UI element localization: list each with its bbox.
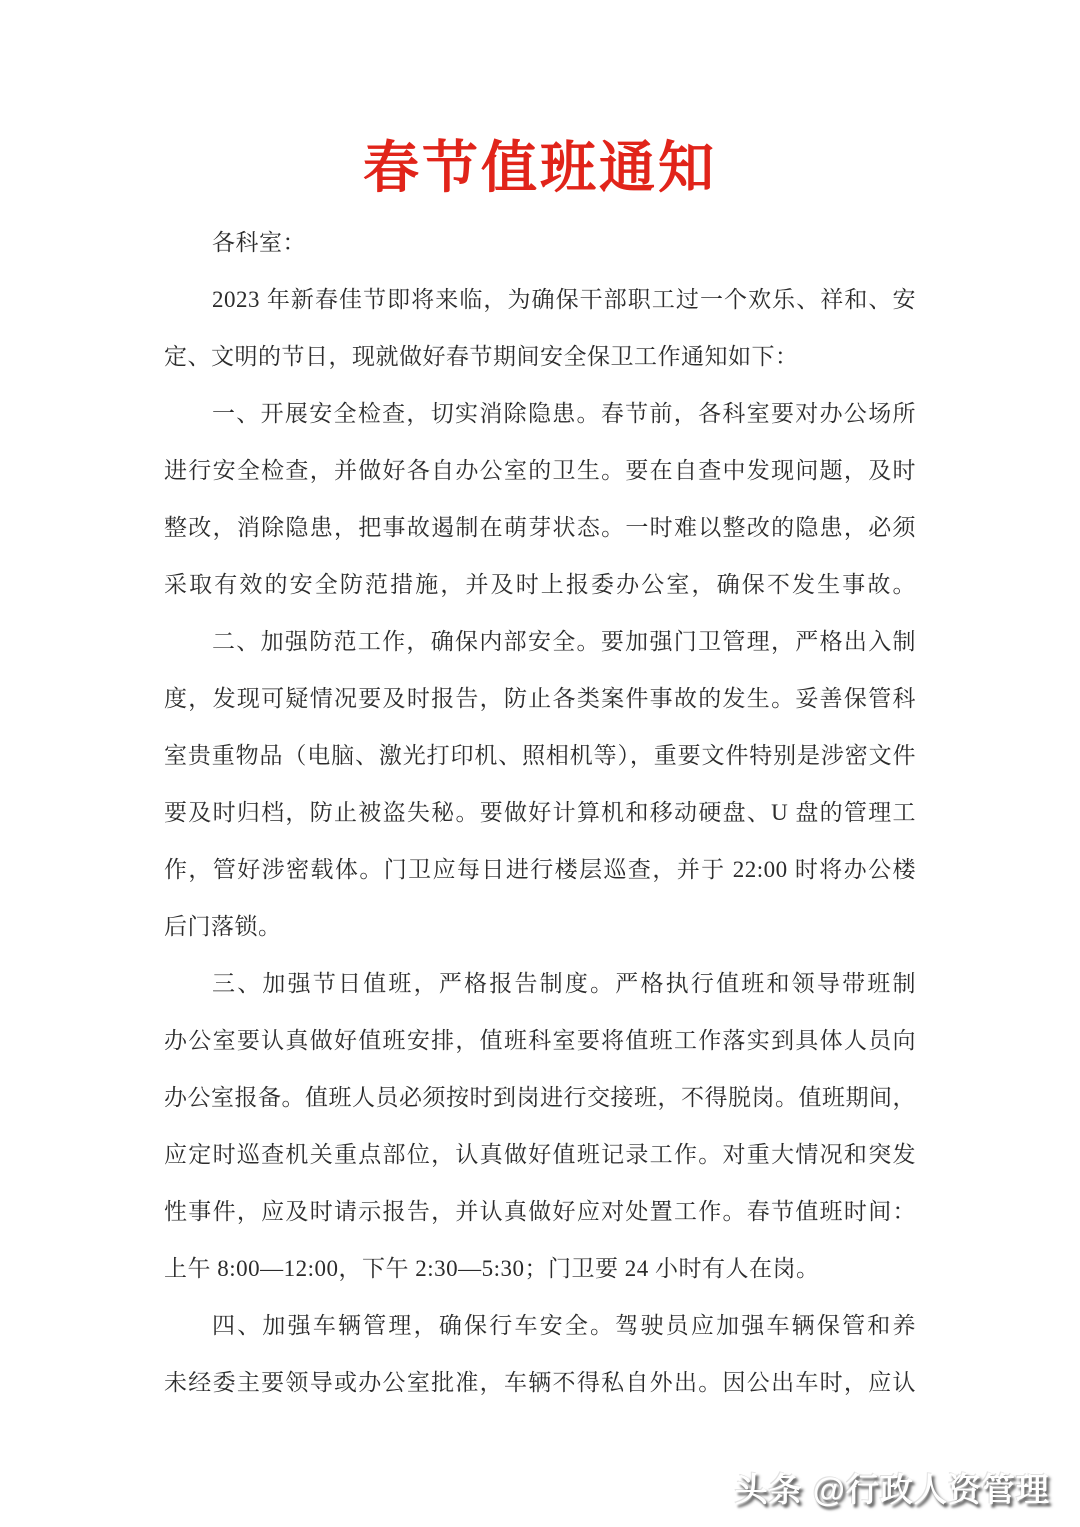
body-line: 要及时归档，防止被盗失秘。要做好计算机和移动硬盘、U 盘的管理工: [164, 784, 916, 841]
body-line: 整改，消除隐患，把事故遏制在萌芽状态。一时难以整改的隐患，必须: [164, 499, 916, 556]
body-line-salutation: 各科室：: [164, 214, 916, 271]
body-line: 性事件，应及时请示报告，并认真做好应对处置工作。春节值班时间：: [164, 1183, 916, 1240]
body-line: 室贵重物品（电脑、激光打印机、照相机等），重要文件特别是涉密文件: [164, 727, 916, 784]
body-line: 作，管好涉密载体。门卫应每日进行楼层巡查，并于 22:00 时将办公楼: [164, 841, 916, 898]
body-line: 四、加强车辆管理，确保行车安全。驾驶员应加强车辆保管和养护，: [164, 1297, 916, 1354]
document-title: 春节值班通知: [0, 136, 1080, 200]
body-line: 2023 年新春佳节即将来临，为确保干部职工过一个欢乐、祥和、安: [164, 271, 916, 328]
body-line: 应定时巡查机关重点部位，认真做好值班记录工作。对重大情况和突发: [164, 1126, 916, 1183]
body-line: 定、文明的节日，现就做好春节期间安全保卫工作通知如下：: [164, 328, 916, 385]
body-line: 二、加强防范工作，确保内部安全。要加强门卫管理，严格出入制: [164, 613, 916, 670]
watermark: 头条 @行政人资管理: [735, 1464, 1050, 1511]
body-line: 上午 8:00—12:00，下午 2:30—5:30；门卫要 24 小时有人在岗…: [164, 1240, 916, 1297]
body-line: 进行安全检查，并做好各自办公室的卫生。要在自查中发现问题，及时: [164, 442, 916, 499]
document-page: 春节值班通知 各科室： 2023 年新春佳节即将来临，为确保干部职工过一个欢乐、…: [0, 0, 1080, 1527]
body-line: 后门落锁。: [164, 898, 916, 955]
body-line: 办公室报备。值班人员必须按时到岗进行交接班，不得脱岗。值班期间，: [164, 1069, 916, 1126]
body-line: 一、开展安全检查，切实消除隐患。春节前，各科室要对办公场所: [164, 385, 916, 442]
document-body: 各科室： 2023 年新春佳节即将来临，为确保干部职工过一个欢乐、祥和、安 定、…: [164, 214, 916, 1411]
body-line: 采取有效的安全防范措施，并及时上报委办公室，确保不发生事故。: [164, 556, 916, 613]
body-line: 三、加强节日值班，严格报告制度。严格执行值班和领导带班制度。: [164, 955, 916, 1012]
body-line: 未经委主要领导或办公室批准，车辆不得私自外出。因公出车时，应认: [164, 1354, 916, 1411]
body-line: 办公室要认真做好值班安排，值班科室要将值班工作落实到具体人员向: [164, 1012, 916, 1069]
body-line: 度，发现可疑情况要及时报告，防止各类案件事故的发生。妥善保管科: [164, 670, 916, 727]
